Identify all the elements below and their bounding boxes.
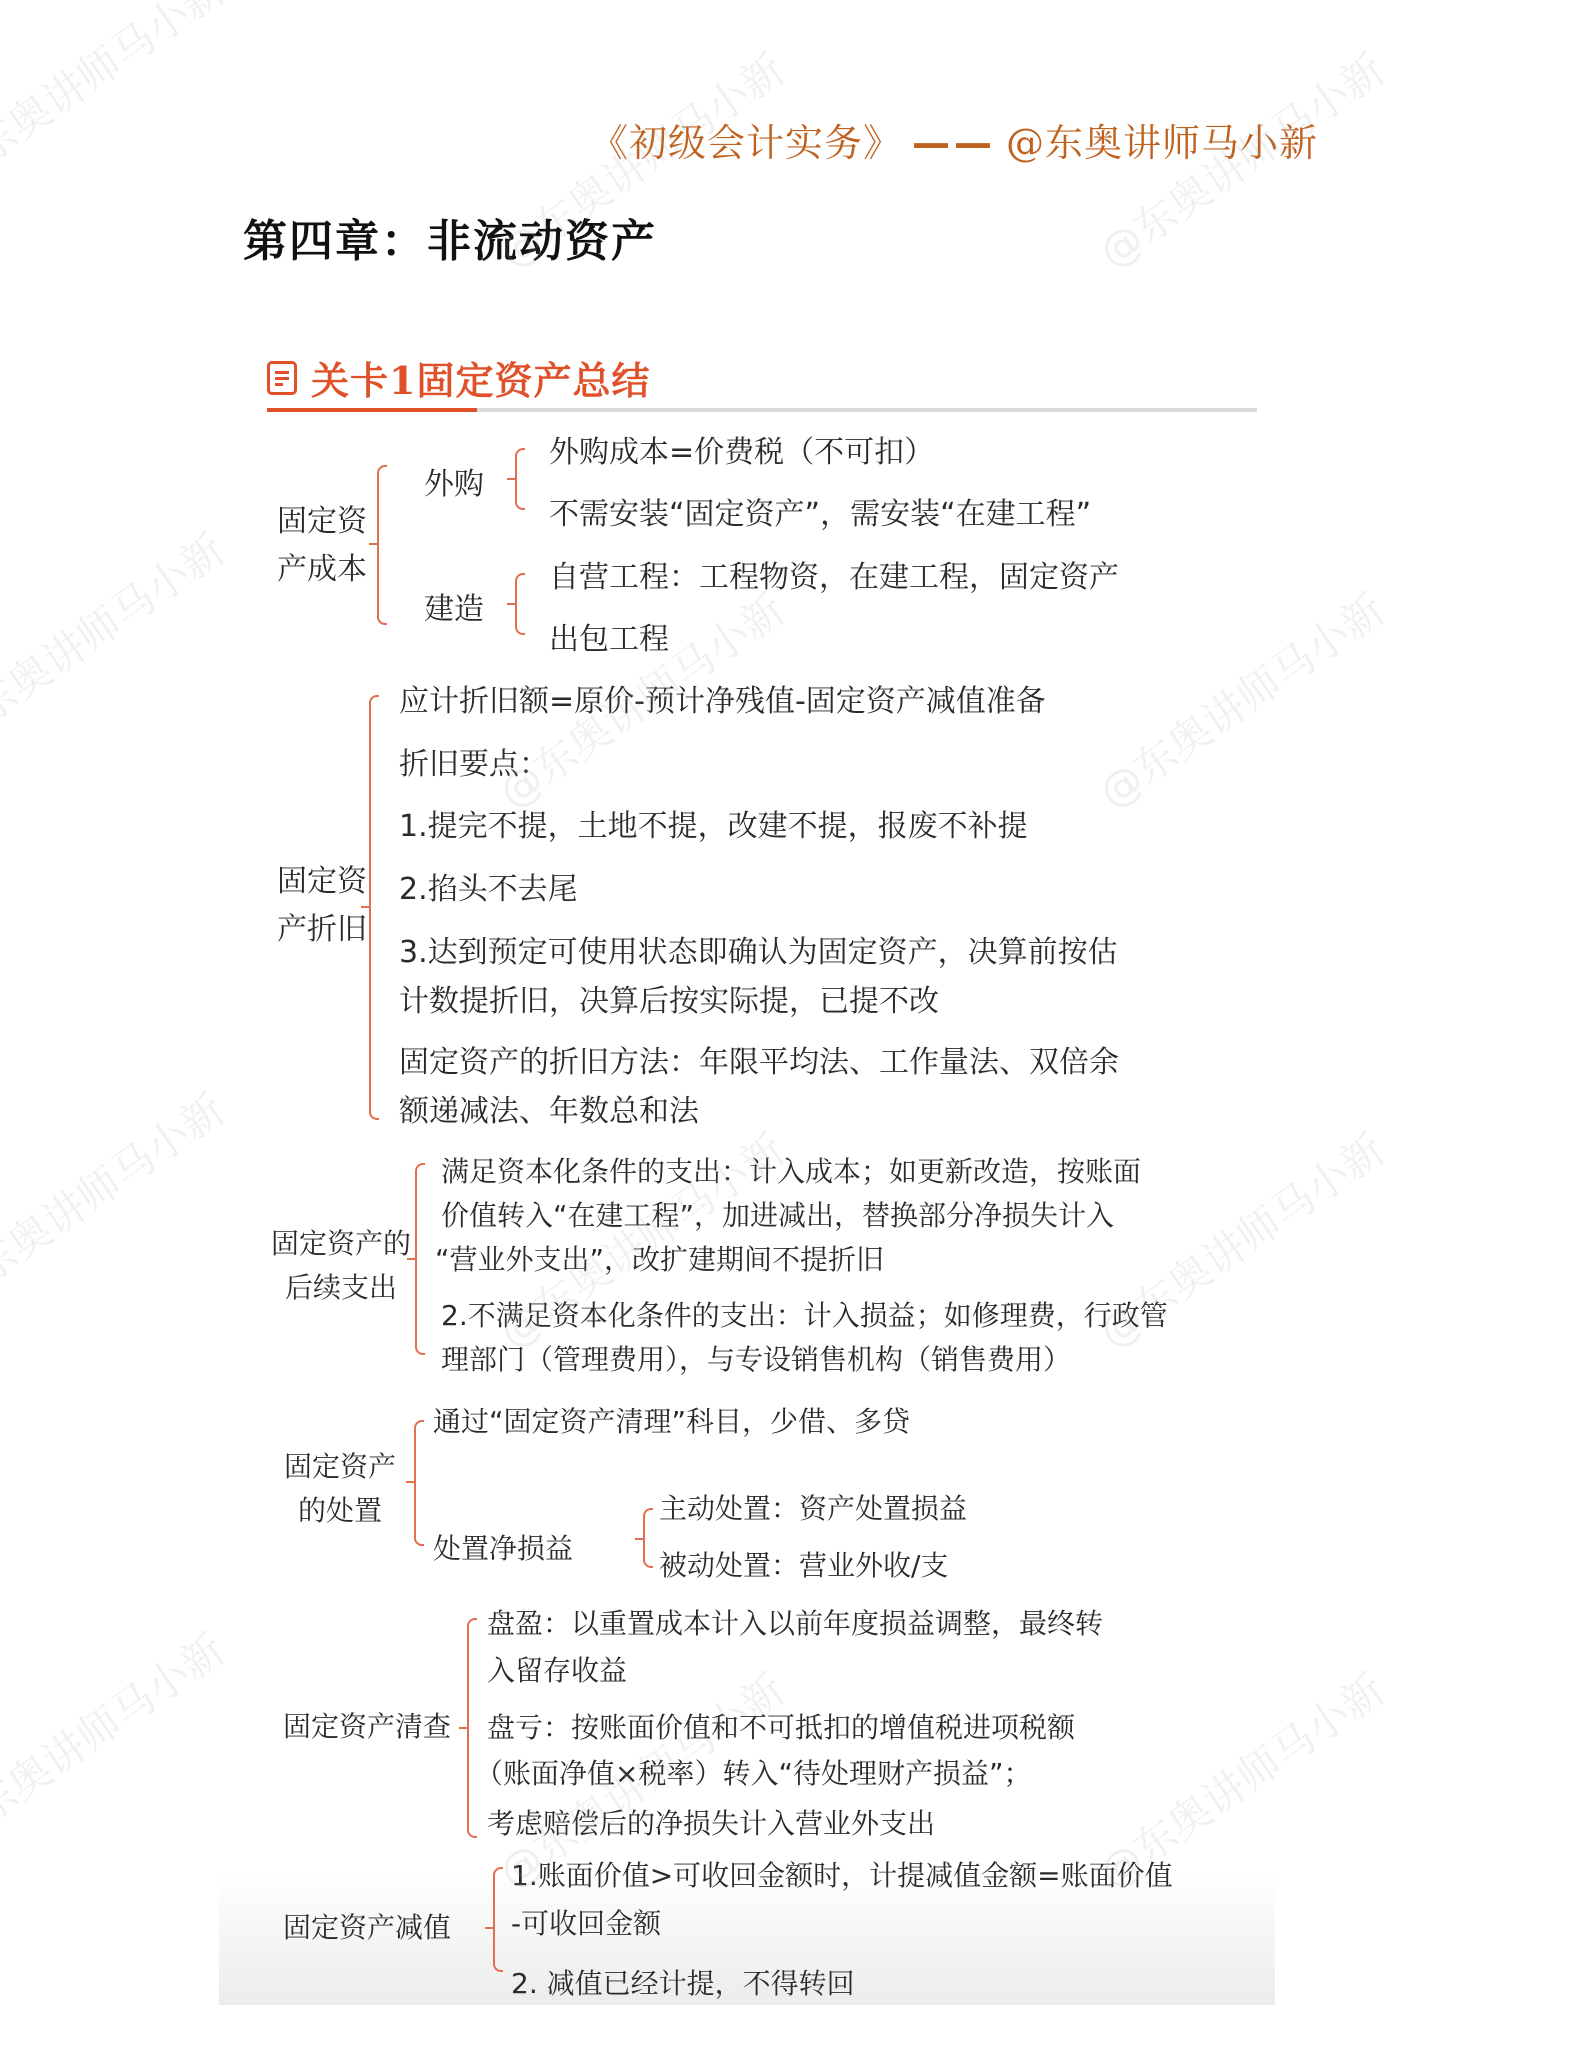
node-subsequent: 固定资产的后续支出 <box>271 1222 411 1310</box>
node-construction: 建造 <box>424 595 484 625</box>
leaf: 盘亏：按账面价值和不可抵扣的增值税进项税额 <box>487 1714 1075 1742</box>
node-net-gain-loss: 处置净损益 <box>433 1535 573 1563</box>
leaf: 2. 减值已经计提，不得转回 <box>511 1970 855 1998</box>
notes-icon <box>267 361 297 395</box>
watermark: @东奥讲师马小新 <box>0 0 235 200</box>
header-separator: —— <box>912 121 996 165</box>
node-disposal: 固定资产的处置 <box>284 1445 396 1533</box>
watermark: @东奥讲师马小新 <box>0 1618 235 1860</box>
book-title: 《初级会计实务》 <box>590 121 902 165</box>
leaf: -可收回金额 <box>511 1910 661 1938</box>
author-credit: @东奥讲师马小新 <box>1006 121 1318 165</box>
leaf: 外购成本=价费税（不可扣） <box>549 438 934 468</box>
node-purchase: 外购 <box>424 470 484 500</box>
leaf: 主动处置：资产处置损益 <box>659 1495 967 1523</box>
leaf: 1.账面价值>可收回金额时，计提减值金额=账面价值 <box>511 1862 1173 1890</box>
leaf: 理部门（管理费用），与专设销售机构（销售费用） <box>441 1346 1071 1374</box>
leaf: 被动处置：营业外收/支 <box>659 1552 948 1580</box>
leaf: 考虑赔偿后的净损失计入营业外支出 <box>487 1810 935 1838</box>
chapter-title: 第四章：非流动资产 <box>243 205 657 269</box>
leaf: 折旧要点： <box>399 750 549 780</box>
summary-panel: 关卡1固定资产总结 固定资产成本 外购 外购成本=价费税（不可扣） 不需安装“固… <box>219 330 1275 2005</box>
leaf: 1.提完不提，土地不提，改建不提，报废不补提 <box>399 812 1028 842</box>
node-cost: 固定资产成本 <box>277 498 367 594</box>
leaf: 应计折旧额=原价-预计净残值-固定资产减值准备 <box>399 687 1046 717</box>
leaf: 盘盈：以重置成本计入以前年度损益调整，最终转 <box>487 1610 1103 1638</box>
leaf: 自营工程：工程物资，在建工程，固定资产 <box>549 563 1119 593</box>
node-depreciation: 固定资产折旧 <box>277 858 367 954</box>
document-header: 《初级会计实务》——@东奥讲师马小新 <box>590 112 1318 167</box>
watermark: @东奥讲师马小新 <box>0 1078 235 1320</box>
leaf: 2.掐头不去尾 <box>399 875 578 905</box>
leaf: 固定资产的折旧方法：年限平均法、工作量法、双倍余 <box>399 1048 1119 1078</box>
leaf: 通过“固定资产清理”科目，少借、多贷 <box>433 1408 910 1436</box>
leaf: 3.达到预定可使用状态即确认为固定资产，决算前按估 <box>399 938 1118 968</box>
node-impairment: 固定资产减值 <box>283 1914 451 1942</box>
leaf: “营业外支出”，改扩建期间不提折旧 <box>435 1246 884 1274</box>
node-inventory-check: 固定资产清查 <box>283 1713 451 1741</box>
leaf: 不需安装“固定资产”，需安装“在建工程” <box>549 500 1091 530</box>
section-header: 关卡1固定资产总结 <box>267 350 650 405</box>
leaf: 额递减法、年数总和法 <box>399 1097 699 1127</box>
watermark: @东奥讲师马小新 <box>0 518 235 760</box>
leaf: 入留存收益 <box>487 1657 627 1685</box>
leaf: （账面净值×税率）转入“待处理财产损益”； <box>475 1760 1031 1788</box>
bracket <box>377 465 387 625</box>
section-title: 关卡1固定资产总结 <box>311 350 650 405</box>
leaf: 满足资本化条件的支出：计入成本；如更新改造，按账面 <box>441 1158 1141 1186</box>
leaf: 出包工程 <box>549 625 669 655</box>
bracket <box>414 1420 424 1546</box>
bracket <box>493 1867 503 1972</box>
section-divider <box>267 408 1257 412</box>
leaf: 价值转入“在建工程”，加进减出，替换部分净损失计入 <box>441 1202 1114 1230</box>
leaf: 计数提折旧，决算后按实际提，已提不改 <box>399 987 939 1017</box>
leaf: 2.不满足资本化条件的支出：计入损益；如修理费，行政管 <box>441 1302 1168 1330</box>
